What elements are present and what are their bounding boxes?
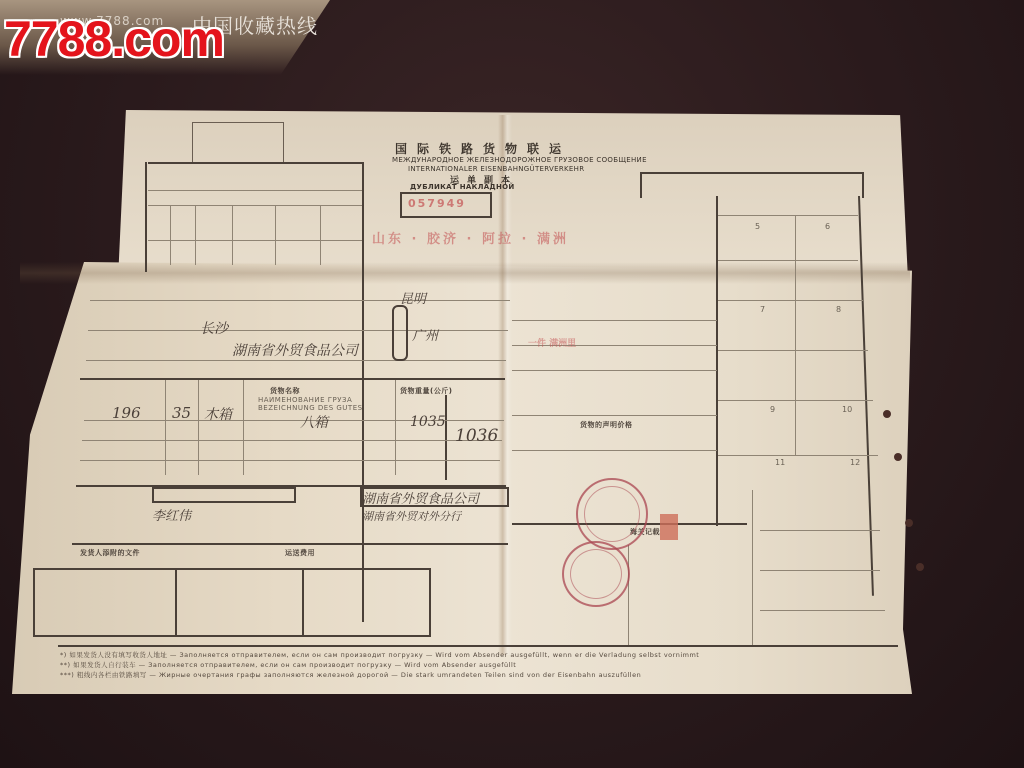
station-red-stamp: 一件 满洲里 bbox=[528, 336, 576, 349]
form-rule bbox=[512, 320, 717, 321]
punch-hole bbox=[894, 453, 902, 461]
form-rule bbox=[760, 610, 885, 611]
documents-header: 发货人添附的文件 bbox=[80, 548, 140, 558]
form-rule bbox=[86, 360, 506, 361]
punch-hole bbox=[905, 519, 913, 527]
box-number: 11 bbox=[775, 458, 785, 467]
waybill-number: 057949 bbox=[408, 197, 466, 210]
footer-note-3: ***) 粗线内各栏由铁路填写 — Жирные очертания графы… bbox=[60, 670, 641, 679]
form-rule bbox=[628, 545, 629, 645]
form-rule bbox=[80, 460, 500, 461]
form-rule bbox=[145, 162, 147, 272]
form-rule bbox=[320, 205, 321, 265]
form-rule bbox=[148, 190, 362, 191]
form-rule bbox=[795, 215, 796, 455]
declared-weight-value: 1035 bbox=[410, 414, 446, 430]
punch-hole bbox=[916, 563, 924, 571]
form-rule bbox=[90, 300, 510, 301]
box-number: 8 bbox=[836, 305, 841, 314]
form-rule bbox=[80, 378, 505, 380]
form-rule bbox=[718, 260, 858, 261]
footer-note-2: **) 如果发货人自行装车 — Заполняется отправителем… bbox=[60, 660, 516, 669]
form-rule bbox=[148, 240, 362, 241]
form-rule bbox=[718, 455, 878, 456]
marks-value: 196 bbox=[112, 404, 141, 422]
goods-name-header-de: BEZEICHNUNG DES GUTES bbox=[258, 404, 363, 412]
waybill-number-box: 057949 bbox=[400, 192, 492, 218]
form-rule bbox=[512, 415, 717, 416]
round-postmark-stamp bbox=[576, 478, 648, 550]
form-rule bbox=[512, 370, 717, 371]
form-rule bbox=[718, 350, 868, 351]
box-number: 10 bbox=[842, 405, 852, 414]
destination-handwriting: 广州 bbox=[412, 325, 438, 344]
signature-right-1: 湖南省外贸食品公司 bbox=[362, 488, 479, 507]
lower-box-3 bbox=[302, 568, 431, 637]
pieces-value: 35 bbox=[172, 404, 191, 422]
goods-name-header-ru: НАИМЕНОВАНИЕ ГРУЗА bbox=[258, 396, 352, 404]
carriage-header: 运送费用 bbox=[285, 548, 315, 558]
round-postmark-stamp bbox=[562, 541, 630, 607]
form-rule bbox=[512, 450, 717, 451]
form-rule bbox=[195, 205, 196, 265]
horizontal-fold-crease bbox=[20, 262, 910, 284]
box-number: 7 bbox=[760, 305, 765, 314]
signature-left: 李红伟 bbox=[152, 505, 191, 524]
watermark-brand: 7788.com bbox=[4, 14, 224, 64]
consignor-handwriting: 长沙 bbox=[200, 318, 228, 338]
form-rule bbox=[760, 530, 880, 531]
checked-weight-value: 1036 bbox=[455, 426, 498, 446]
punch-hole bbox=[883, 410, 891, 418]
remarks-box bbox=[640, 172, 864, 198]
document-title-ru: МЕЖДУНАРОДНОЕ ЖЕЛЕЗНОДОРОЖНОЕ ГРУЗОВОЕ С… bbox=[392, 156, 647, 164]
declared-value-header: 货物的声明价格 bbox=[580, 420, 633, 430]
form-rule bbox=[760, 570, 880, 571]
station-stamp-box bbox=[192, 122, 284, 164]
form-rule bbox=[72, 543, 508, 545]
signature-box-left bbox=[152, 487, 296, 503]
form-rule bbox=[718, 215, 858, 216]
square-seal-stamp bbox=[660, 514, 678, 540]
box-number: 6 bbox=[825, 222, 830, 231]
description-value: 八箱 bbox=[300, 412, 328, 432]
destination-top-handwriting: 昆明 bbox=[400, 288, 426, 307]
lower-box-1 bbox=[33, 568, 177, 637]
handwritten-bracket bbox=[392, 305, 408, 361]
document-subtitle-ru: ДУБЛИКАТ НАКЛАДНОЙ bbox=[410, 183, 515, 191]
lower-box-2 bbox=[175, 568, 304, 637]
form-rule bbox=[275, 205, 276, 265]
box-number: 12 bbox=[850, 458, 860, 467]
vertical-fold-crease bbox=[498, 115, 512, 655]
form-rule bbox=[148, 162, 363, 164]
form-rule bbox=[718, 300, 863, 301]
form-rule bbox=[362, 162, 364, 622]
form-rule bbox=[88, 330, 508, 331]
document-title-de: INTERNATIONALER EISENBAHNGÜTERVERKEHR bbox=[408, 165, 584, 173]
packing-value: 木箱 bbox=[204, 404, 232, 424]
box-number: 9 bbox=[770, 405, 775, 414]
form-rule bbox=[170, 205, 171, 265]
footer-note-1: *) 如果发货人没有填写收货人地址 — Заполняется отправит… bbox=[60, 650, 699, 659]
document-title-cn: 国际铁路货物联运 bbox=[395, 140, 571, 157]
goods-name-header-cn: 货物名称 bbox=[270, 386, 300, 396]
form-rule bbox=[82, 440, 502, 441]
route-stamp: 山东 · 胶济 · 阿拉 · 满洲 bbox=[372, 228, 569, 247]
form-rule bbox=[58, 645, 898, 647]
box-number: 5 bbox=[755, 222, 760, 231]
form-rule bbox=[716, 196, 718, 526]
signature-right-2: 湖南省外贸对外分行 bbox=[362, 508, 461, 524]
form-rule bbox=[232, 205, 233, 265]
consignee-handwriting: 湖南省外贸食品公司 bbox=[232, 340, 358, 360]
railway-waybill-photo: 国际铁路货物联运 МЕЖДУНАРОДНОЕ ЖЕЛЕЗНОДОРОЖНОЕ Г… bbox=[0, 0, 1024, 768]
form-rule bbox=[148, 205, 362, 206]
weight-header-cn: 货物重量(公斤) bbox=[400, 386, 452, 396]
form-rule bbox=[752, 490, 753, 645]
form-rule bbox=[445, 395, 447, 480]
